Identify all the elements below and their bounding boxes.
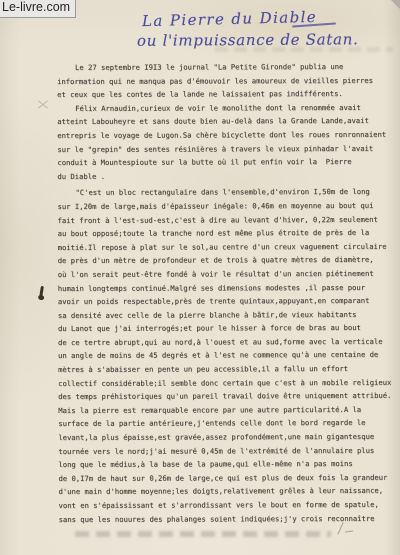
paragraph: Le 27 septembre I9I3 le journal "La Peti…	[57, 60, 390, 102]
typed-line: au bout opposé;toute la tranche nord est…	[58, 226, 391, 241]
typed-line: conduit à Mountespioute sur la butte où …	[57, 155, 390, 170]
typed-line: information qui ne manqua pas d'émouvoir…	[57, 73, 390, 88]
watermark-badge: Le-livre.com	[0, 0, 76, 18]
typed-line: humain longtemps continué.Malgré ses dim…	[58, 280, 391, 295]
typed-line: du Lanot que j'ai interrogés;et pour le …	[58, 321, 391, 336]
typed-line: Félix Arnaudin,curieux de voir le monoli…	[57, 101, 390, 116]
typed-line: des temps préhistoriques qu'un pareil tr…	[58, 389, 391, 404]
typed-line: collectif considérable;il semble donc ce…	[58, 375, 391, 390]
typed-line: moitié.Il repose à plat sur le sol,au ce…	[58, 240, 391, 255]
typed-line: tournée vers le nord;j'ai mesuré 0,45m d…	[58, 443, 391, 458]
typed-line: fait front à l'est-sud-est,c'est à dire …	[58, 212, 391, 227]
typed-line: un angle de moins de 45 degrés et à l'es…	[58, 348, 391, 363]
paragraph: Félix Arnaudin,curieux de voir le monoli…	[57, 101, 390, 184]
typed-line: de 0,I7m de haut sur 0,26m de large,ce q…	[58, 471, 391, 486]
typed-line: entrepris le voyage de Lugon.Sa chère bi…	[57, 128, 390, 143]
handwritten-title-line2: ou l'impuissance de Satan.	[137, 30, 359, 50]
typed-line: Mais la pierre est remarquable encore pa…	[58, 403, 391, 418]
typed-line: sans que les nouures des phalanges soien…	[59, 511, 392, 526]
page-corner-shadow	[391, 0, 400, 9]
typed-line: "C'est un bloc rectangulaire dans l'ense…	[57, 185, 390, 200]
typed-line: avoir un poids respectable,près de trent…	[58, 294, 391, 309]
typed-line: Le 27 septembre I9I3 le journal "La Peti…	[57, 60, 390, 75]
typed-line: vont en s'épaississant et s'arrondissant…	[59, 498, 392, 513]
typed-line: sa densité avec celle de la pierre blanc…	[58, 308, 391, 323]
paragraph: "C'est un bloc rectangulaire dans l'ense…	[57, 185, 391, 526]
typed-line: surface de la partie antérieure,j'entend…	[58, 416, 391, 431]
typed-line: où l'on serait peut-être fondé à voir le…	[58, 267, 391, 282]
typed-line: mètres à s'abaisser en pente un peu acce…	[58, 362, 391, 377]
typed-line: de près d'un mètre de profondeur et de t…	[58, 253, 391, 268]
ink-bleedthrough-bottom	[75, 531, 331, 537]
typed-line: de ce tertre abrupt,qui au nord,à l'oues…	[58, 335, 391, 350]
typed-line: et ceux que les contes de la lande ne la…	[57, 87, 390, 102]
typed-line: du Diable .	[57, 169, 390, 184]
typed-line: d'une main d'homme moyenne;les doigts,re…	[58, 484, 391, 499]
typed-line: sur le "grepin" des sentes résinières à …	[57, 141, 390, 156]
typed-line: long que le médius,à la base de la paume…	[58, 457, 391, 472]
typed-text: Le 27 septembre I9I3 le journal "La Peti…	[57, 60, 392, 526]
typed-line: levant,la plus épaisse,est gravée,assez …	[58, 430, 391, 445]
typed-line: sur I,20m de large,mais d'épaisseur inég…	[57, 199, 390, 214]
typed-line: atteint Labouheyre et sans doute bien au…	[57, 114, 390, 129]
pencil-x-mark	[37, 99, 49, 110]
